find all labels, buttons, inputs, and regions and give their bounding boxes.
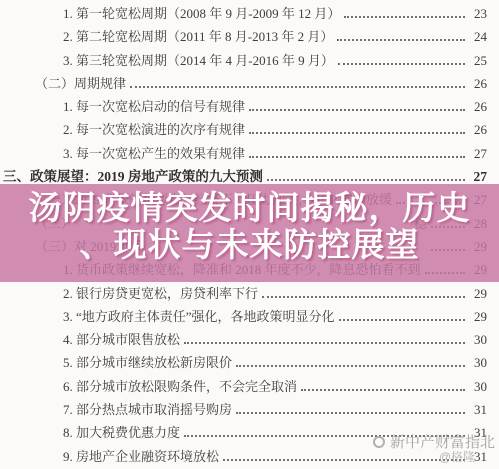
dot-leader [337, 39, 465, 41]
overlay-title-line1: 汤阴疫情突发时间揭秘，历史 [0, 189, 499, 226]
toc-page-number: 30 [468, 328, 487, 351]
toc-row: 1. 每一次宽松启动的信号有规律 26 [0, 95, 499, 118]
toc-entry-text: 3. “地方政府主体责任”强化，各地政策明显分化 [63, 305, 335, 328]
toc-row: 3. “地方政府主体责任”强化，各地政策明显分化 29 [0, 305, 499, 328]
dot-leader [262, 296, 465, 298]
toc-entry-text: 2. 银行房贷更宽松，房贷利率下行 [63, 282, 258, 305]
toc-entry-text: 2. 第二轮宽松周期（2011 年 8 月-2013 年 2 月） [63, 25, 333, 48]
dot-leader [267, 179, 465, 181]
dot-leader [249, 132, 465, 134]
toc-page-number: 25 [468, 49, 487, 72]
toc-row: 1. 第一轮宽松周期（2008 年 9 月-2009 年 12 月） 23 [0, 2, 499, 25]
dot-leader [339, 319, 465, 321]
toc-page-number: 27 [468, 142, 487, 165]
toc-entry-text: 1. 每一次宽松启动的信号有规律 [63, 95, 245, 118]
toc-page-number: 29 [468, 282, 487, 305]
toc-entry-text: 9. 房地产企业融资环境放松 [63, 445, 219, 468]
overlay-title: 汤阴疫情突发时间揭秘，历史 、现状与未来防控展望 [0, 189, 499, 263]
toc-page-number: 26 [468, 95, 487, 118]
toc-page-number: 24 [468, 25, 487, 48]
toc-page-number: 31 [468, 398, 487, 421]
toc-entry-text: 8. 加大税费优惠力度 [63, 421, 180, 444]
toc-entry-text: 6. 部分城市放松限购条件，不会完全取消 [63, 375, 297, 398]
toc-entry-text: 2. 每一次宽松演进的次序有规律 [63, 118, 245, 141]
dot-leader [249, 109, 465, 111]
toc-row: 5. 部分城市继续放松新房限价 30 [0, 351, 499, 374]
document-page: 1. 第一轮宽松周期（2008 年 9 月-2009 年 12 月） 23 2.… [0, 0, 499, 469]
toc-row: （二）周期规律 26 [0, 72, 499, 95]
toc-row: 4. 部分城市限售放松 30 [0, 328, 499, 351]
dot-leader [338, 63, 465, 65]
toc-row: 2. 第二轮宽松周期（2011 年 8 月-2013 年 2 月） 24 [0, 25, 499, 48]
dot-leader [344, 16, 465, 18]
dot-leader [301, 389, 465, 391]
toc-page-number: 23 [468, 2, 487, 25]
dot-leader [236, 365, 465, 367]
dot-leader [223, 459, 465, 461]
toc-entry-text: 3. 每一次宽松产生的效果有规律 [63, 142, 245, 165]
toc-page-number: 26 [468, 118, 487, 141]
toc-page-number: 26 [468, 72, 487, 95]
toc-entry-text: 5. 部分城市继续放松新房限价 [63, 351, 232, 374]
toc-row: 6. 部分城市放松限购条件，不会完全取消 30 [0, 375, 499, 398]
toc-row: 3. 第三轮宽松周期（2014 年 4 月-2016 年 9 月） 25 [0, 49, 499, 72]
toc-row: 2. 每一次宽松演进的次序有规律 26 [0, 118, 499, 141]
toc-row: 2. 银行房贷更宽松，房贷利率下行 29 [0, 282, 499, 305]
toc-row: 7. 部分热点城市取消摇号购房 31 [0, 398, 499, 421]
dot-leader [184, 342, 465, 344]
toc-entry-text: （二）周期规律 [35, 72, 126, 95]
toc-entry-text: 1. 第一轮宽松周期（2008 年 9 月-2009 年 12 月） [63, 2, 340, 25]
toc-page-number: 29 [468, 305, 487, 328]
toc-entry-text: 3. 第三轮宽松周期（2014 年 4 月-2016 年 9 月） [63, 49, 334, 72]
overlay-title-line2: 、现状与未来防控展望 [0, 226, 499, 263]
toc-entry-text: 4. 部分城市限售放松 [63, 328, 180, 351]
toc-entry-text: 7. 部分热点城市取消摇号购房 [63, 398, 232, 421]
dot-leader [236, 412, 465, 414]
watermark-logo-icon [373, 436, 385, 448]
toc-page-number: 30 [468, 375, 487, 398]
dot-leader [130, 86, 465, 88]
toc-page-number: 30 [468, 351, 487, 374]
watermark: 新中产财富指北 [373, 431, 495, 452]
toc-row: 3. 每一次宽松产生的效果有规律 27 [0, 142, 499, 165]
watermark-handle: @格隆 [439, 448, 475, 465]
dot-leader [249, 156, 465, 158]
